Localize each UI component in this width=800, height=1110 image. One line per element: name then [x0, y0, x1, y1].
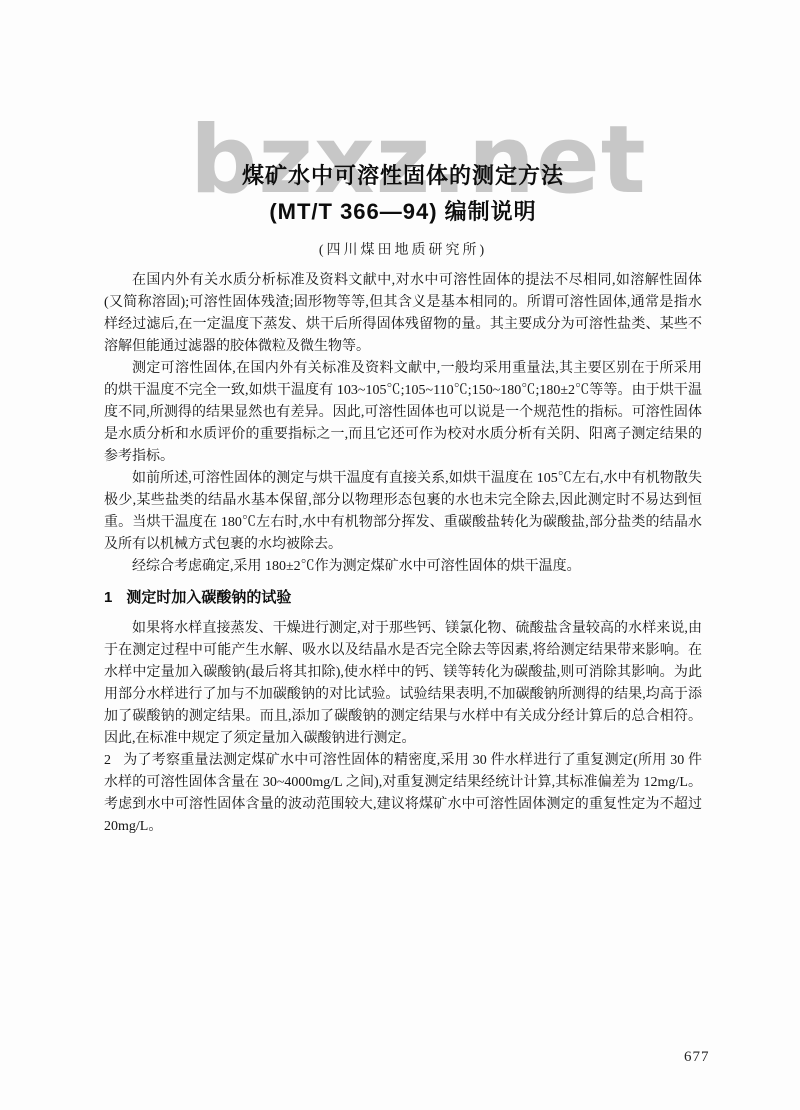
document-title: 煤矿水中可溶性固体的测定方法 (MT/T 366—94) 编制说明 [104, 158, 702, 230]
section-1-paragraph: 如果将水样直接蒸发、干燥进行测定,对于那些钙、镁氯化物、硫酸盐含量较高的水样来说… [104, 618, 702, 750]
section-2-text: 为了考察重量法测定煤矿水中可溶性固体的精密度,采用 30 件水样进行了重复测定(… [104, 753, 702, 834]
section-2-number: 2 [104, 753, 111, 768]
page-content: 煤矿水中可溶性固体的测定方法 (MT/T 366—94) 编制说明 (四川煤田地… [0, 158, 800, 838]
title-line-1: 煤矿水中可溶性固体的测定方法 [104, 158, 702, 194]
document-body: 在国内外有关水质分析标准及资料文献中,对水中可溶性固体的提法不尽相同,如溶解性固… [104, 270, 702, 838]
section-1-title: 测定时加入碳酸钠的试验 [126, 589, 291, 606]
section-1-number: 1 [104, 589, 112, 606]
conclusion-temperature-paragraph: 经综合考虑确定,采用 180±2℃作为测定煤矿水中可溶性固体的烘干温度。 [104, 556, 702, 578]
intro-paragraph-3: 如前所述,可溶性固体的测定与烘干温度有直接关系,如烘干温度在 105℃左右,水中… [104, 468, 702, 556]
page-number: 677 [684, 1049, 710, 1066]
scanned-document-page: bzxz.net 煤矿水中可溶性固体的测定方法 (MT/T 366—94) 编制… [0, 0, 800, 1110]
intro-paragraph-1: 在国内外有关水质分析标准及资料文献中,对水中可溶性固体的提法不尽相同,如溶解性固… [104, 270, 702, 358]
section-1-heading: 1测定时加入碳酸钠的试验 [104, 587, 702, 609]
intro-paragraph-2: 测定可溶性固体,在国内外有关标准及资料文献中,一般均采用重量法,其主要区别在于所… [104, 358, 702, 468]
institute-line: (四川煤田地质研究所) [104, 239, 702, 259]
section-2-paragraph: 2为了考察重量法测定煤矿水中可溶性固体的精密度,采用 30 件水样进行了重复测定… [104, 750, 702, 838]
title-line-2: (MT/T 366—94) 编制说明 [104, 194, 702, 230]
